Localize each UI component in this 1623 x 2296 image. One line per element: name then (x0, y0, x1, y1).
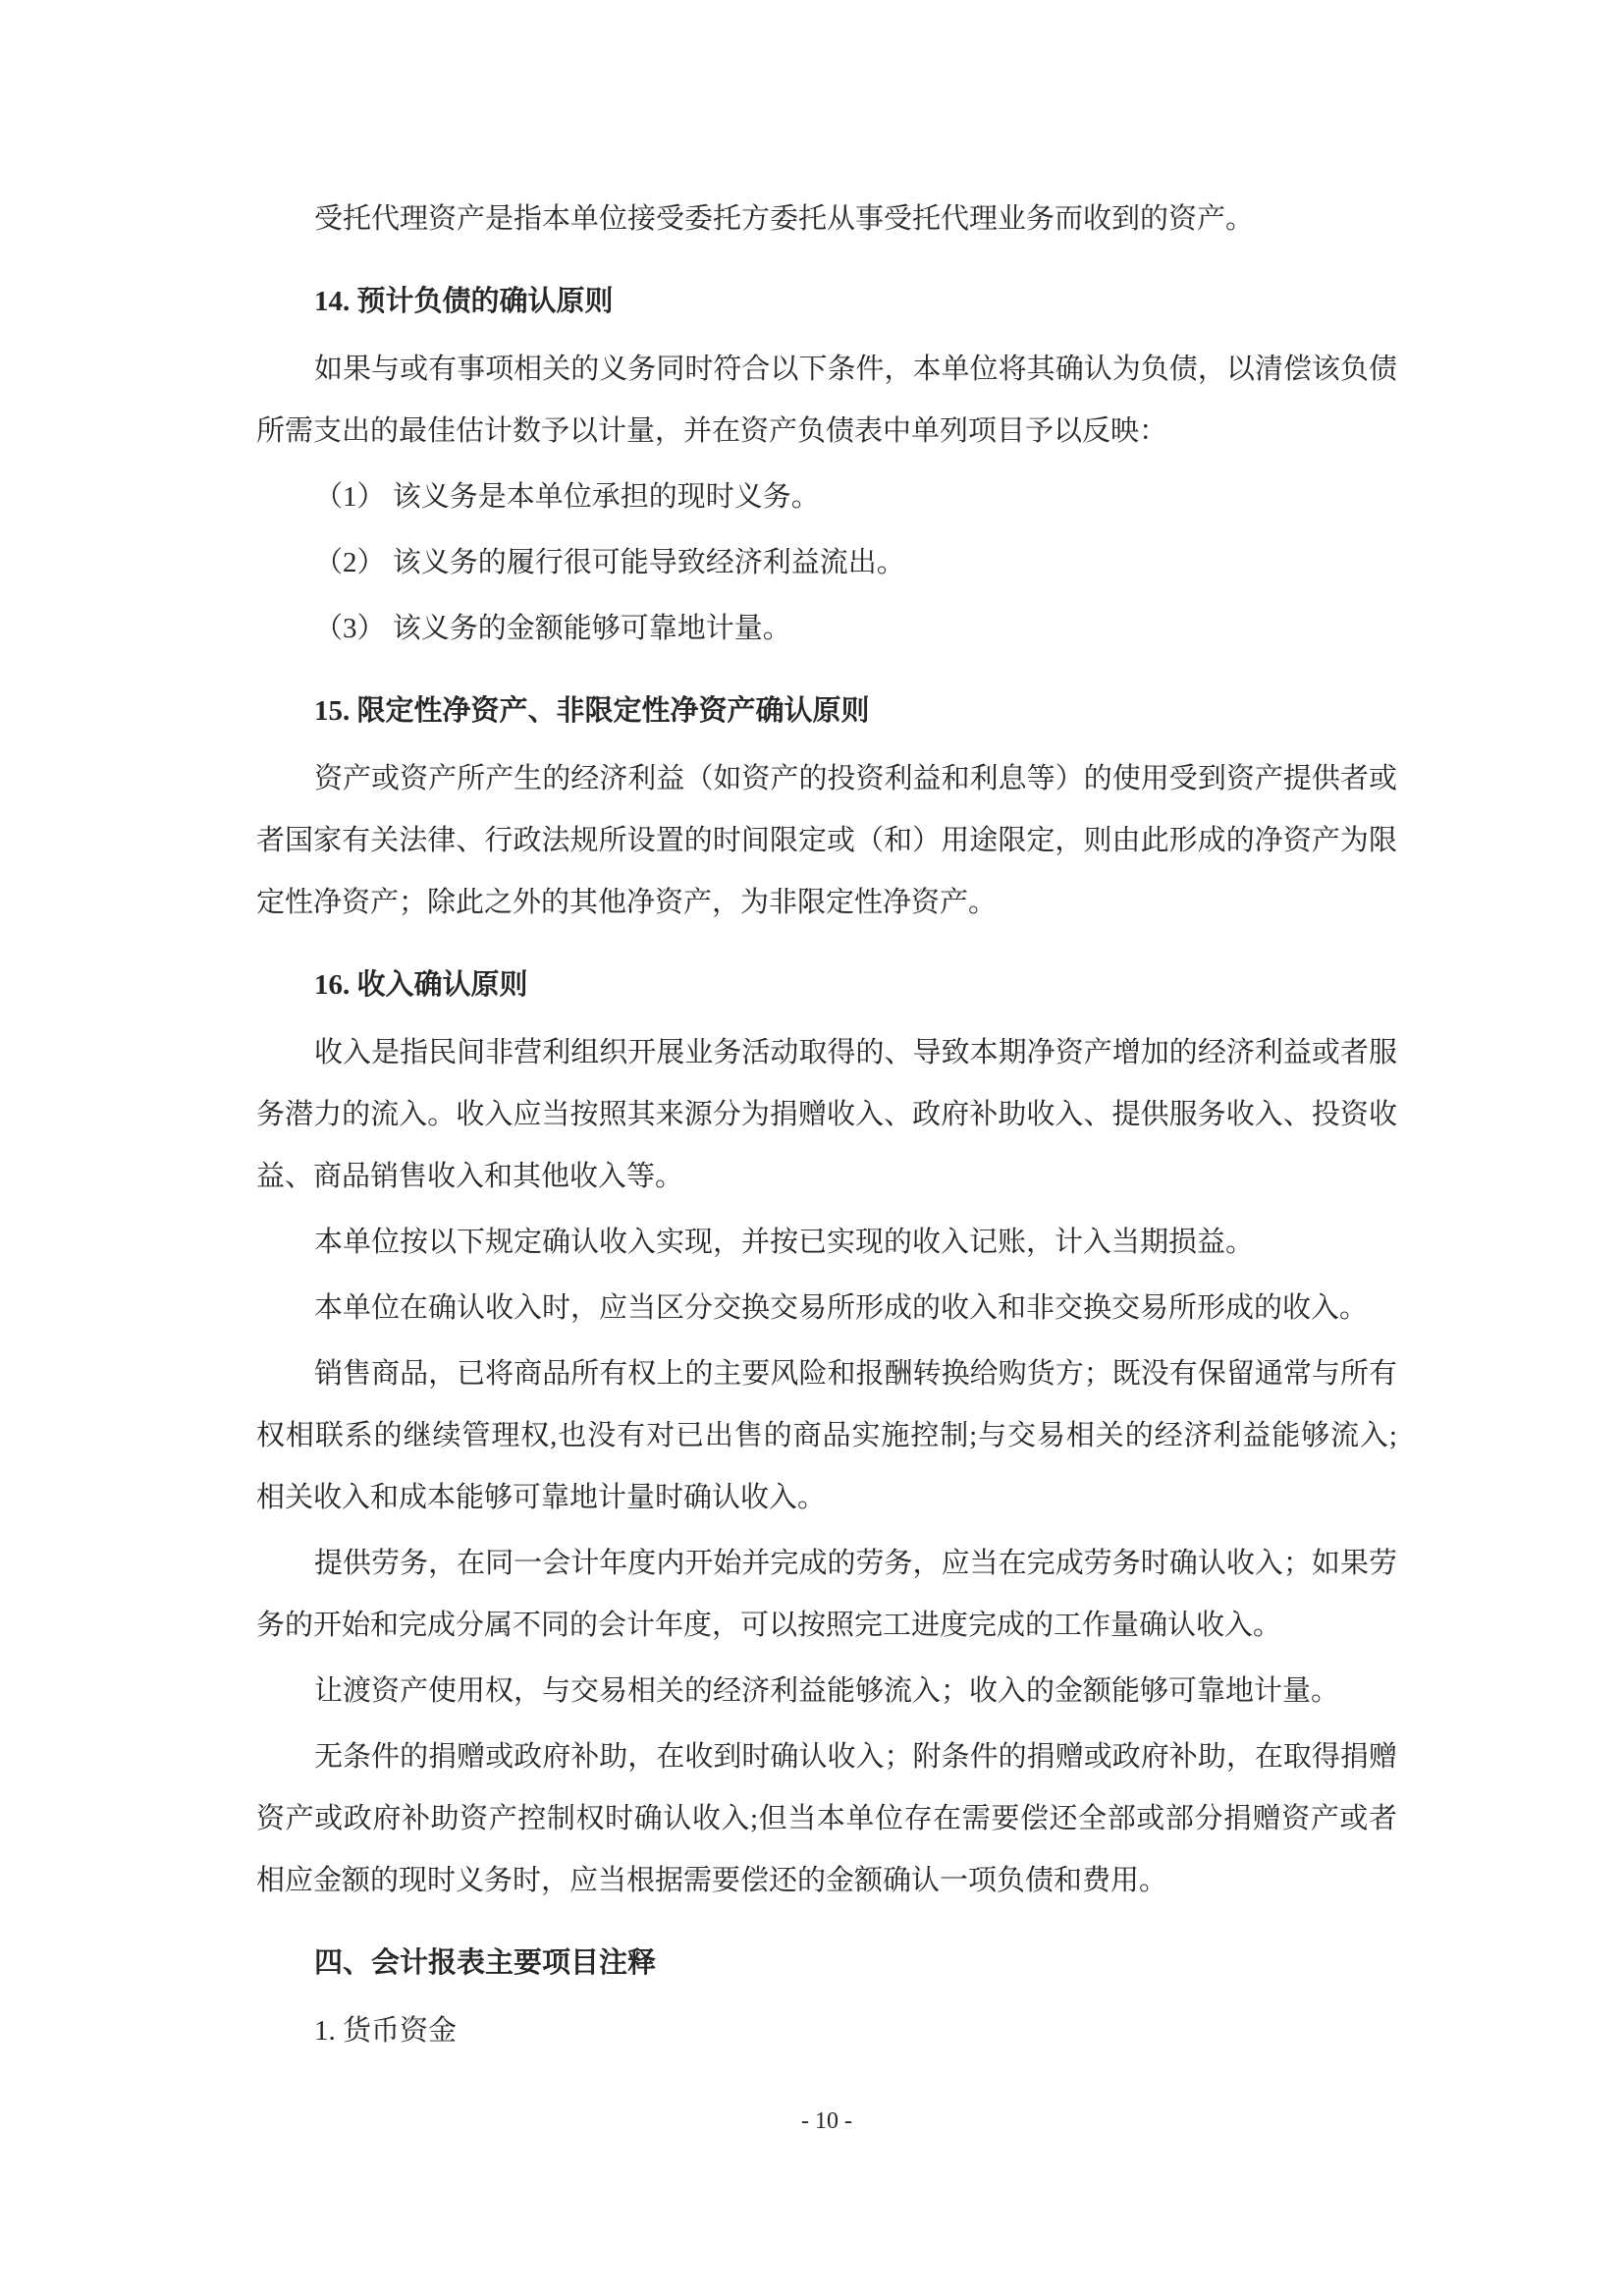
para-exchange-distinction: 本单位在确认收入时，应当区分交换交易所形成的收入和非交换交易所形成的收入。 (256, 1278, 1397, 1339)
para-donation-line-3: 相应金额的现时义务时，应当根据需要偿还的金额确认一项负债和费用。 (256, 1850, 1397, 1912)
heading-14-provisions: 14. 预计负债的确认原则 (256, 271, 1397, 333)
para-provision-line-2: 所需支出的最佳估计数予以计量，并在资产负债表中单列项目予以反映： (256, 401, 1397, 463)
heading-notes-to-statements: 四、会计报表主要项目注释 (256, 1933, 1397, 1995)
para-provision-line-1: 如果与或有事项相关的义务同时符合以下条件，本单位将其确认为负债，以清偿该负债 (256, 339, 1397, 401)
list-item-3: （3） 该义务的金额能够可靠地计量。 (256, 598, 1397, 660)
page-body: 受托代理资产是指本单位接受委托方委托从事受托代理业务而收到的资产。 14. 预计… (256, 189, 1397, 2062)
para-revenue-def-line-2: 务潜力的流入。收入应当按照其来源分为捐赠收入、政府补助收入、提供服务收入、投资收 (256, 1084, 1397, 1146)
para-donation-line-2: 资产或政府补助资产控制权时确认收入;但当本单位存在需要偿还全部或部分捐赠资产或者 (256, 1788, 1397, 1850)
heading-15-net-assets: 15. 限定性净资产、非限定性净资产确认原则 (256, 681, 1397, 742)
list-item-1: （1） 该义务是本单位承担的现时义务。 (256, 466, 1397, 528)
para-entrusted-agency-assets: 受托代理资产是指本单位接受委托方委托从事受托代理业务而收到的资产。 (256, 189, 1397, 250)
page-number: - 10 - (256, 2102, 1397, 2141)
list-item-2: （2） 该义务的履行很可能导致经济利益流出。 (256, 532, 1397, 594)
para-services-line-2: 务的开始和完成分属不同的会计年度，可以按照完工进度完成的工作量确认收入。 (256, 1595, 1397, 1657)
item-monetary-funds: 1. 货币资金 (256, 2000, 1397, 2062)
heading-16-revenue: 16. 收入确认原则 (256, 955, 1397, 1016)
para-asset-use-right: 让渡资产使用权，与交易相关的经济利益能够流入；收入的金额能够可靠地计量。 (256, 1661, 1397, 1722)
para-revenue-def-line-1: 收入是指民间非营利组织开展业务活动取得的、导致本期净资产增加的经济利益或者服 (256, 1022, 1397, 1084)
document-page: 受托代理资产是指本单位接受委托方委托从事受托代理业务而收到的资产。 14. 预计… (0, 0, 1623, 2296)
para-net-assets-line-2: 者国家有关法律、行政法规所设置的时间限定或（和）用途限定，则由此形成的净资产为限 (256, 810, 1397, 872)
para-services-line-1: 提供劳务，在同一会计年度内开始并完成的劳务，应当在完成劳务时确认收入；如果劳 (256, 1533, 1397, 1595)
para-revenue-def-line-3: 益、商品销售收入和其他收入等。 (256, 1146, 1397, 1208)
para-goods-sale-line-3: 相关收入和成本能够可靠地计量时确认收入。 (256, 1467, 1397, 1529)
para-goods-sale-line-2: 权相联系的继续管理权,也没有对已出售的商品实施控制;与交易相关的经济利益能够流入… (256, 1405, 1397, 1467)
para-donation-line-1: 无条件的捐赠或政府补助，在收到时确认收入；附条件的捐赠或政府补助，在取得捐赠 (256, 1726, 1397, 1788)
para-net-assets-line-1: 资产或资产所产生的经济利益（如资产的投资利益和利息等）的使用受到资产提供者或 (256, 748, 1397, 810)
para-net-assets-line-3: 定性净资产；除此之外的其他净资产，为非限定性净资产。 (256, 872, 1397, 934)
para-revenue-recognition: 本单位按以下规定确认收入实现，并按已实现的收入记账，计入当期损益。 (256, 1212, 1397, 1274)
para-goods-sale-line-1: 销售商品，已将商品所有权上的主要风险和报酬转换给购货方；既没有保留通常与所有 (256, 1343, 1397, 1405)
